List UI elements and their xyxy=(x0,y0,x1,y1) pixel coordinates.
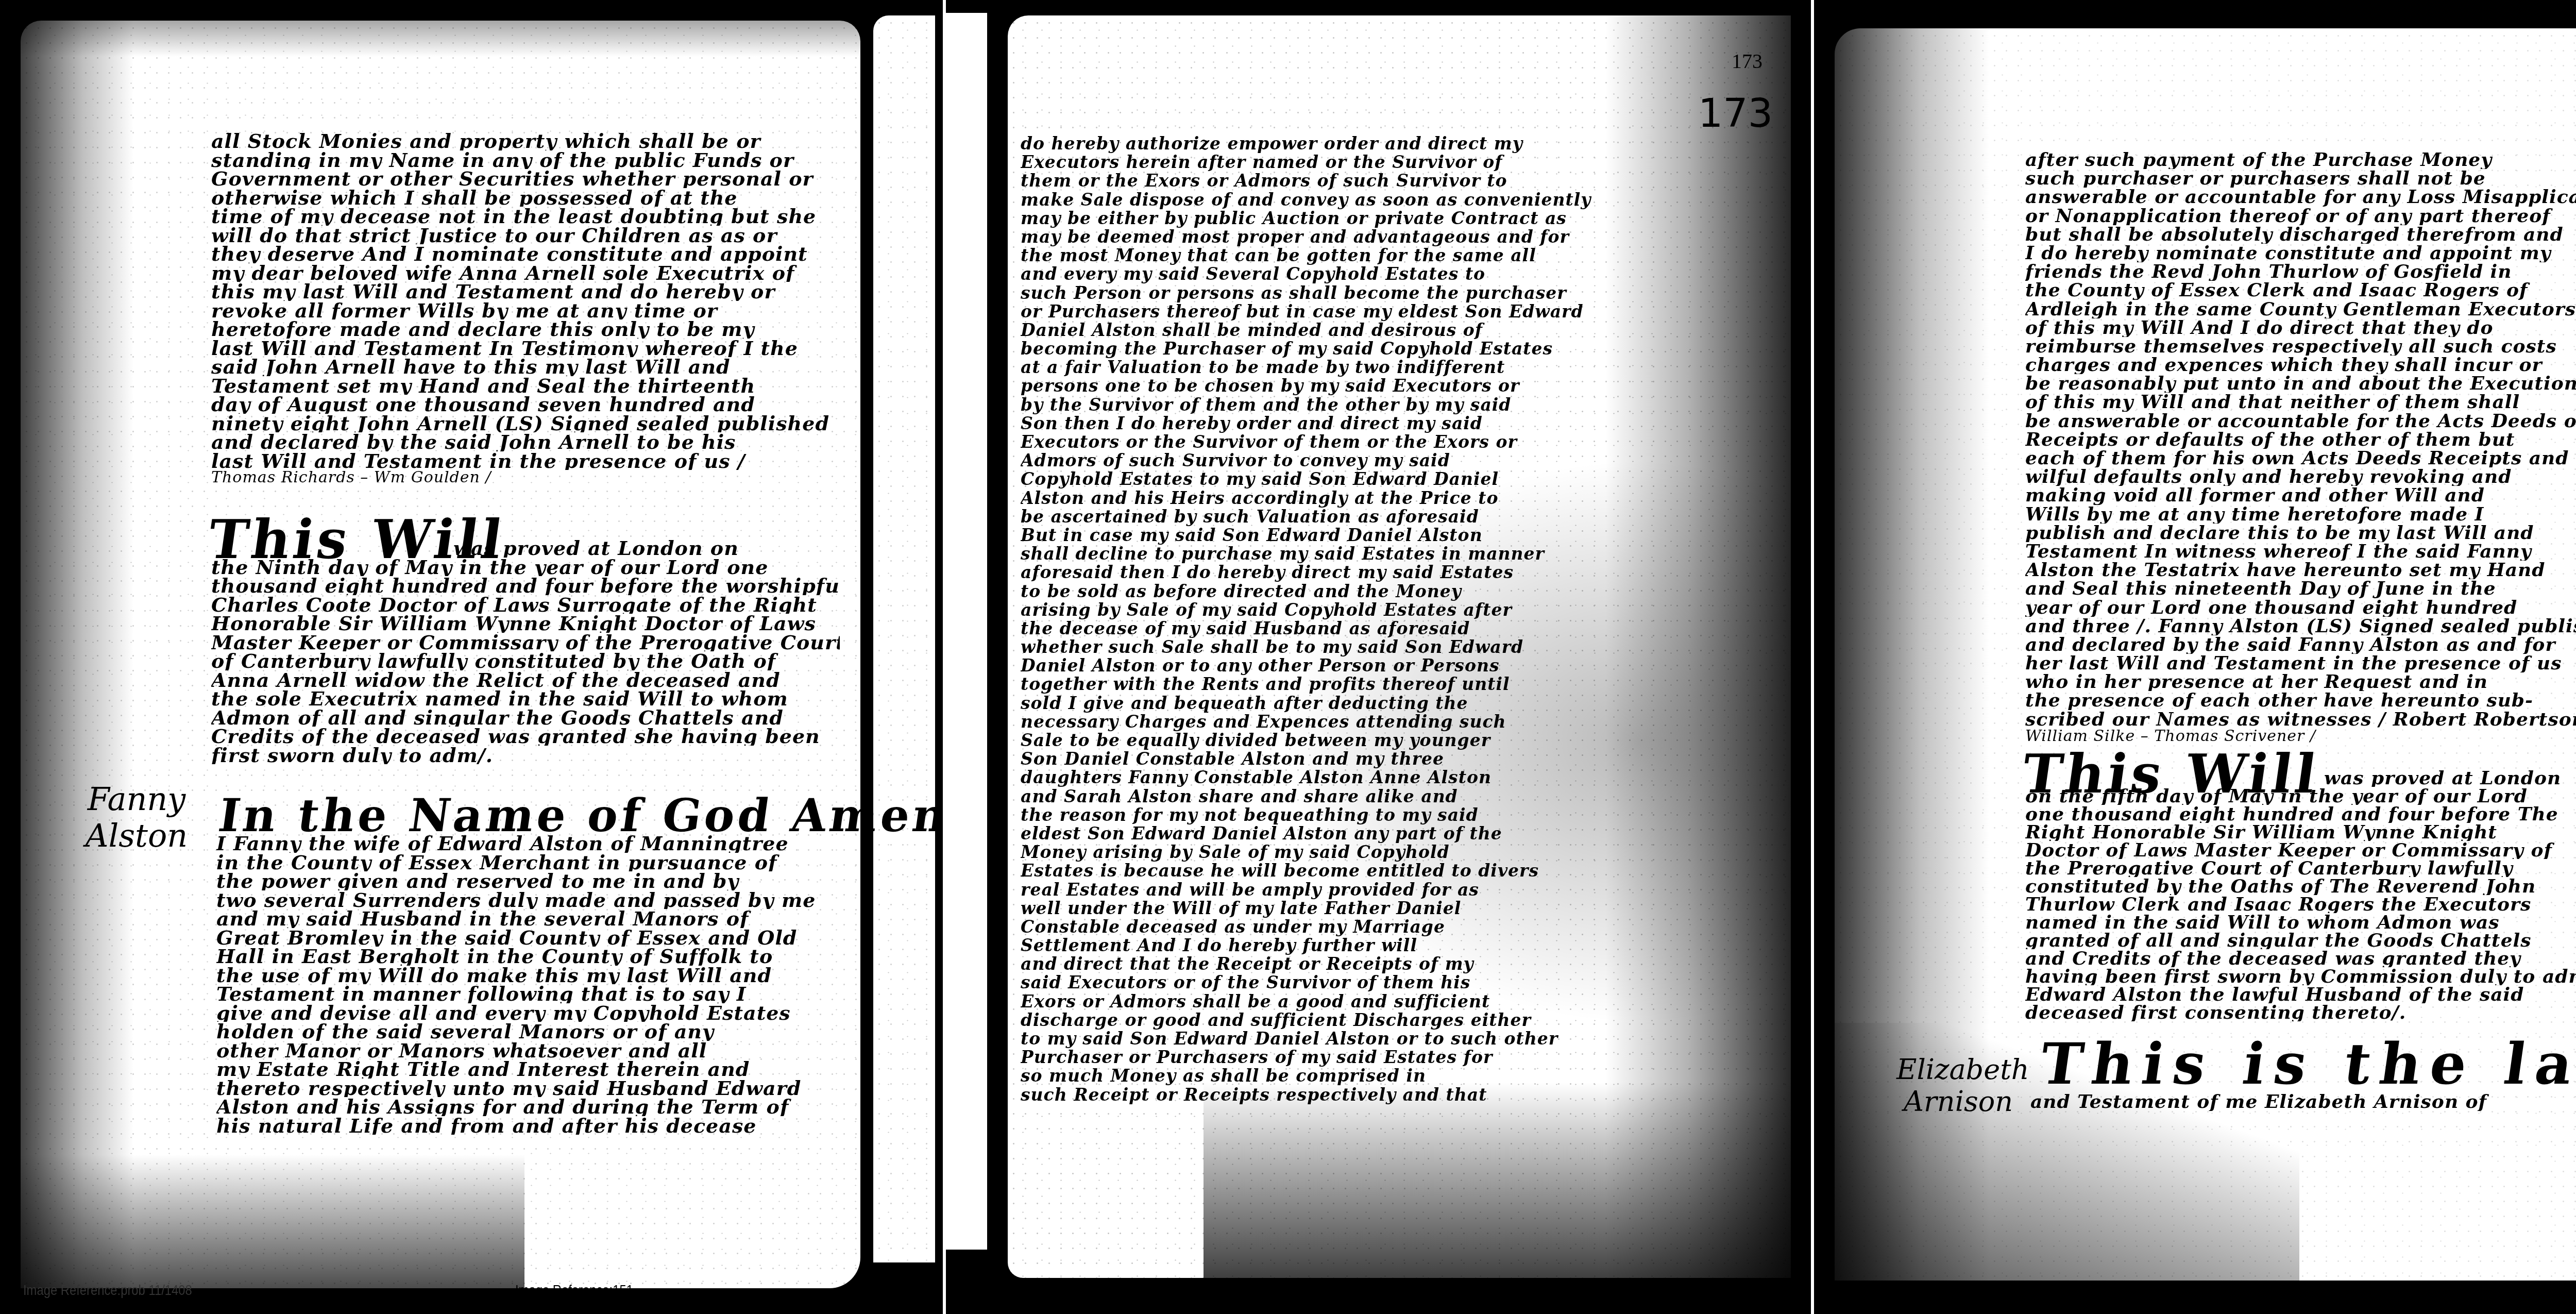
text-line: named in the said Will to whom Admon was xyxy=(2025,913,2576,931)
text-line: persons one to be chosen by my said Exec… xyxy=(1021,377,1629,396)
text-line: give and devise all and every my Copyhol… xyxy=(216,1003,845,1022)
text-line: the use of my Will do make this my last … xyxy=(216,966,845,985)
text-line: who in her presence at her Request and i… xyxy=(2025,672,2576,691)
right-gutter-grime xyxy=(1605,15,1791,1278)
image-reference-prob: Image Reference:prob 11/1408 xyxy=(23,1282,192,1299)
text-line: Wills by me at any time heretofore made … xyxy=(2025,505,2576,524)
left-will-text: I Fanny the wife of Edward Alston of Man… xyxy=(216,834,845,1135)
text-line: other Manor or Manors whatsoever and all xyxy=(216,1041,845,1060)
text-line: them or the Exors or Admors of such Surv… xyxy=(1021,172,1629,191)
text-line: Money arising by Sale of my said Copyhol… xyxy=(1021,844,1629,862)
text-line: be reasonably put unto in and about the … xyxy=(2025,374,2576,393)
text-line: said John Arnell have to this my last Wi… xyxy=(211,357,840,376)
top-edge-grime xyxy=(21,21,860,57)
text-line: wilful defaults only and hereby revoking… xyxy=(2025,467,2576,486)
text-line: my Estate Right Title and Interest there… xyxy=(216,1059,845,1079)
text-line: charges and expences which they shall in… xyxy=(2025,356,2576,374)
text-line: I Fanny the wife of Edward Alston of Man… xyxy=(216,834,845,853)
text-line: time of my decease not in the least doub… xyxy=(211,207,840,226)
text-line: and Sarah Alston share and share alike a… xyxy=(1021,788,1629,806)
text-line: Edward Alston the lawful Husband of the … xyxy=(2025,985,2576,1003)
text-line: Alston and his Assigns for and during th… xyxy=(216,1097,845,1116)
text-line: daughters Fanny Constable Alston Anne Al… xyxy=(1021,769,1629,787)
text-line: whether such Sale shall be to my said So… xyxy=(1021,638,1629,657)
image-reference-number: Image Reference:151 xyxy=(515,1282,633,1299)
text-line: the most Money that can be gotten for th… xyxy=(1021,247,1629,265)
text-line: sold I give and bequeath after deducting… xyxy=(1021,695,1629,713)
text-line: answerable or accountable for any Loss M… xyxy=(2025,188,2576,206)
text-line: friends the Revd John Thurlow of Gosfiel… xyxy=(2025,262,2576,281)
text-line: Purchaser or Purchasers of my said Estat… xyxy=(1021,1049,1629,1067)
text-line: two several Surrenders duly made and pas… xyxy=(216,890,845,909)
text-line: having been first sworn by Commission du… xyxy=(2025,967,2576,985)
text-line: last Will and Testament in the presence … xyxy=(211,451,840,470)
text-line: Hall in East Bergholt in the County of S… xyxy=(216,947,845,966)
text-line: together with the Rents and profits ther… xyxy=(1021,676,1629,694)
text-line: at a fair Valuation to be made by two in… xyxy=(1021,359,1629,377)
folio-number-handwritten: 173 xyxy=(1698,90,1773,136)
text-line: such Receipt or Receipts respectively an… xyxy=(1021,1086,1629,1105)
text-line: well under the Will of my late Father Da… xyxy=(1021,900,1629,918)
text-line: the power given and reserved to me in an… xyxy=(216,871,845,890)
text-line: her last Will and Testament in the prese… xyxy=(2025,654,2576,672)
text-line: Daniel Alston or to any other Person or … xyxy=(1021,657,1629,676)
text-line: each of them for his own Acts Deeds Rece… xyxy=(2025,449,2576,467)
text-line: or Purchasers thereof but in case my eld… xyxy=(1021,303,1629,322)
text-line: Credits of the deceased was granted she … xyxy=(211,727,840,746)
text-line: Executors herein after named or the Surv… xyxy=(1021,154,1629,172)
text-line: of this my Will and that neither of them… xyxy=(2025,393,2576,411)
text-line: make Sale dispose of and convey as soon … xyxy=(1021,191,1629,210)
text-line: Alston and his Heirs accordingly at the … xyxy=(1021,490,1629,508)
text-line: standing in my Name in any of the public… xyxy=(211,150,840,170)
text-line: will do that strict Justice to our Child… xyxy=(211,226,840,245)
text-line: the sole Executrix named in the said Wil… xyxy=(211,689,840,708)
text-line: or Nonapplication thereof or of any part… xyxy=(2025,207,2576,225)
text-line: Government or other Securities whether p… xyxy=(211,169,840,188)
text-line: my dear beloved wife Anna Arnell sole Ex… xyxy=(211,263,840,282)
text-line: to be sold as before directed and the Mo… xyxy=(1021,583,1629,601)
text-line: may be deemed most proper and advantageo… xyxy=(1021,228,1629,247)
text-line: Thurlow Clerk and Isaac Rogers the Execu… xyxy=(2025,895,2576,913)
frame-middle: 173 173 do hereby authorize empower orde… xyxy=(946,0,1811,1314)
frame-right: after such payment of the Purchase Money… xyxy=(1814,0,2576,1314)
text-line: Master Keeper or Commissary of the Prero… xyxy=(211,633,840,652)
right-probate-text: was proved at London on the fifth day of… xyxy=(2025,769,2576,1021)
text-line: making void all former and other Will an… xyxy=(2025,486,2576,504)
text-line: otherwise which I shall be possessed of … xyxy=(211,188,840,207)
text-line: the presence of each other have hereunto… xyxy=(2025,691,2576,710)
text-line: all Stock Monies and property which shal… xyxy=(211,131,840,150)
middle-will-text: do hereby authorize empower order and di… xyxy=(1021,135,1629,1105)
text-line: aforesaid then I do hereby direct my sai… xyxy=(1021,564,1629,582)
witness-line: Thomas Richards – Wm Goulden / xyxy=(211,470,840,489)
text-line: so much Money as shall be comprised in xyxy=(1021,1067,1629,1086)
text-line: constituted by the Oaths of The Reverend… xyxy=(2025,877,2576,895)
text-line: be answerable or accountable for the Act… xyxy=(2025,412,2576,430)
text-line: and Seal this nineteenth Day of June in … xyxy=(2025,579,2576,598)
text-line: his natural Life and from and after his … xyxy=(216,1116,845,1135)
text-line: and direct that the Receipt or Receipts … xyxy=(1021,955,1629,974)
frame-left: all Stock Monies and property which shal… xyxy=(0,0,943,1314)
text-line: shall decline to purchase my said Estate… xyxy=(1021,545,1629,564)
text-line: year of our Lord one thousand eight hund… xyxy=(2025,598,2576,617)
text-line: But in case my said Son Edward Daniel Al… xyxy=(1021,527,1629,545)
text-line: Admon of all and singular the Goods Chat… xyxy=(211,708,840,727)
text-line: Great Bromley in the said County of Esse… xyxy=(216,928,845,947)
text-line: Exors or Admors shall be a good and suff… xyxy=(1021,993,1629,1012)
left-continuation-text: all Stock Monies and property which shal… xyxy=(211,131,840,489)
text-line: do hereby authorize empower order and di… xyxy=(1021,135,1629,154)
margin-name-last: Arnison xyxy=(1896,1086,2020,1118)
text-line: ninety eight John Arnell (LS) Signed sea… xyxy=(211,414,840,433)
text-line: I do hereby nominate constitute and appo… xyxy=(2025,244,2576,262)
text-line: the County of Essex Clerk and Isaac Roge… xyxy=(2025,281,2576,299)
page-middle-sliver xyxy=(946,13,987,1250)
text-line: and declared by the said John Arnell to … xyxy=(211,432,840,451)
text-line: last Will and Testament In Testimony whe… xyxy=(211,339,840,358)
text-line: Estates is because he will become entitl… xyxy=(1021,862,1629,881)
text-line: one thousand eight hundred and four befo… xyxy=(2025,805,2576,823)
text-line: Alston the Testatrix have hereunto set m… xyxy=(2025,561,2576,579)
margin-name-last: Alston xyxy=(77,817,196,854)
bottom-edge-grime xyxy=(21,1154,524,1288)
text-line: the reason for my not bequeathing to my … xyxy=(1021,806,1629,825)
text-line: scribed our Names as witnesses / Robert … xyxy=(2025,710,2576,729)
text-line: was proved at London on xyxy=(211,538,840,558)
margin-name-first: Elizabeth xyxy=(1896,1054,2020,1086)
margin-name-elizabeth-arnison: Elizabeth Arnison xyxy=(1896,1054,2020,1118)
text-line: Right Honorable Sir William Wynne Knight xyxy=(2025,823,2576,841)
folio-number-printed: 173 xyxy=(1732,49,1762,73)
text-line: by the Survivor of them and the other by… xyxy=(1021,396,1629,415)
text-line: said Executors or of the Survivor of the… xyxy=(1021,974,1629,992)
left-edge-grime xyxy=(21,21,134,1288)
text-line: Testament in manner following that is to… xyxy=(216,984,845,1003)
text-line: this my last Will and Testament and do h… xyxy=(211,282,840,301)
margin-name-first: Fanny xyxy=(77,781,196,817)
text-line: in the County of Essex Merchant in pursu… xyxy=(216,853,845,872)
text-line: holden of the said several Manors or of … xyxy=(216,1022,845,1041)
text-line: and my said Husband in the several Manor… xyxy=(216,909,845,928)
text-line: after such payment of the Purchase Money xyxy=(2025,150,2576,169)
text-line: Honorable Sir William Wynne Knight Docto… xyxy=(211,614,840,633)
text-line: Testament set my Hand and Seal the thirt… xyxy=(211,376,840,395)
text-line: Doctor of Laws Master Keeper or Commissa… xyxy=(2025,841,2576,859)
left-probate-text: was proved at London on the Ninth day of… xyxy=(211,538,840,764)
image-reference-number: Image Reference:151 xyxy=(2327,1282,2445,1299)
text-line: the Ninth day of May in the year of our … xyxy=(211,558,840,577)
text-line: real Estates and will be amply provided … xyxy=(1021,881,1629,900)
text-line: such purchaser or purchasers shall not b… xyxy=(2025,169,2576,188)
text-line: of Canterbury lawfully constituted by th… xyxy=(211,651,840,670)
text-line: arising by Sale of my said Copyhold Esta… xyxy=(1021,601,1629,620)
text-line: Executors or the Survivor of them or the… xyxy=(1021,433,1629,452)
text-line: of this my Will And I do direct that the… xyxy=(2025,318,2576,337)
page-left-sliver xyxy=(873,15,935,1262)
text-line: Receipts or defaults of the other of the… xyxy=(2025,430,2576,449)
text-line: be ascertained by such Valuation as afor… xyxy=(1021,508,1629,527)
text-line: they deserve And I nominate constitute a… xyxy=(211,244,840,263)
margin-name-fanny-alston: Fanny Alston xyxy=(77,781,196,854)
text-line: may be either by public Auction or priva… xyxy=(1021,210,1629,228)
text-line: Son then I do hereby order and direct my… xyxy=(1021,415,1629,433)
text-line: necessary Charges and Expences attending… xyxy=(1021,713,1629,732)
text-line: Testament In witness whereof I the said … xyxy=(2025,542,2576,561)
will-subline: and Testament of me Elizabeth Arnison of xyxy=(2030,1092,2576,1111)
text-line: such Person or persons as shall become t… xyxy=(1021,284,1629,303)
text-line: Sale to be equally divided between my yo… xyxy=(1021,732,1629,750)
text-line: on the fifth day of May in the year of o… xyxy=(2025,787,2576,805)
text-line: first sworn duly to adm/. xyxy=(211,746,840,765)
text-line: eldest Son Edward Daniel Alston any part… xyxy=(1021,825,1629,844)
text-line: Admors of such Survivor to convey my sai… xyxy=(1021,452,1629,470)
text-line: day of August one thousand seven hundred… xyxy=(211,395,840,414)
text-line: and every my said Several Copyhold Estat… xyxy=(1021,265,1629,284)
text-line: publish and declare this to be my last W… xyxy=(2025,524,2576,542)
text-line: the decease of my said Husband as afores… xyxy=(1021,620,1629,638)
text-line: deceased first consenting thereto/. xyxy=(2025,1003,2576,1021)
text-line: Ardleigh in the same County Gentleman Ex… xyxy=(2025,300,2576,318)
bottom-edge-grime xyxy=(1204,1082,1791,1278)
text-line: Copyhold Estates to my said Son Edward D… xyxy=(1021,470,1629,489)
text-line: thousand eight hundred and four before t… xyxy=(211,576,840,595)
text-line: was proved at London xyxy=(2025,769,2576,787)
text-line: and Credits of the deceased was granted … xyxy=(2025,949,2576,967)
text-line: and declared by the said Fanny Alston as… xyxy=(2025,635,2576,654)
text-line: heretofore made and declare this only to… xyxy=(211,319,840,339)
text-line: granted of all and singular the Goods Ch… xyxy=(2025,931,2576,949)
text-line: Anna Arnell widow the Relict of the dece… xyxy=(211,670,840,689)
right-will-text: after such payment of the Purchase Money… xyxy=(2025,150,2576,747)
text-line: thereto respectively unto my said Husban… xyxy=(216,1079,845,1098)
text-line: Son Daniel Constable Alston and my three xyxy=(1021,750,1629,769)
text-line: revoke all former Wills by me at any tim… xyxy=(211,301,840,320)
text-line: Settlement And I do hereby further will xyxy=(1021,937,1629,955)
text-line: Daniel Alston shall be minded and desiro… xyxy=(1021,322,1629,340)
text-line: Constable deceased as under my Marriage xyxy=(1021,918,1629,937)
text-line: Charles Coote Doctor of Laws Surrogate o… xyxy=(211,595,840,614)
text-line: becoming the Purchaser of my said Copyho… xyxy=(1021,340,1629,359)
will-heading: This is the last Will xyxy=(2036,1031,2576,1097)
image-reference-prob: Image Reference:prob 11/1408 xyxy=(946,1283,1099,1300)
text-line: but shall be absolutely discharged there… xyxy=(2025,225,2576,244)
text-line: discharge or good and sufficient Dischar… xyxy=(1021,1012,1629,1030)
text-line: reimburse themselves respectively all su… xyxy=(2025,337,2576,356)
text-line: to my said Son Edward Daniel Alston or t… xyxy=(1021,1030,1629,1049)
text-line: and three /. Fanny Alston (LS) Signed se… xyxy=(2025,617,2576,635)
text-line: the Prerogative Court of Canterbury lawf… xyxy=(2025,859,2576,877)
